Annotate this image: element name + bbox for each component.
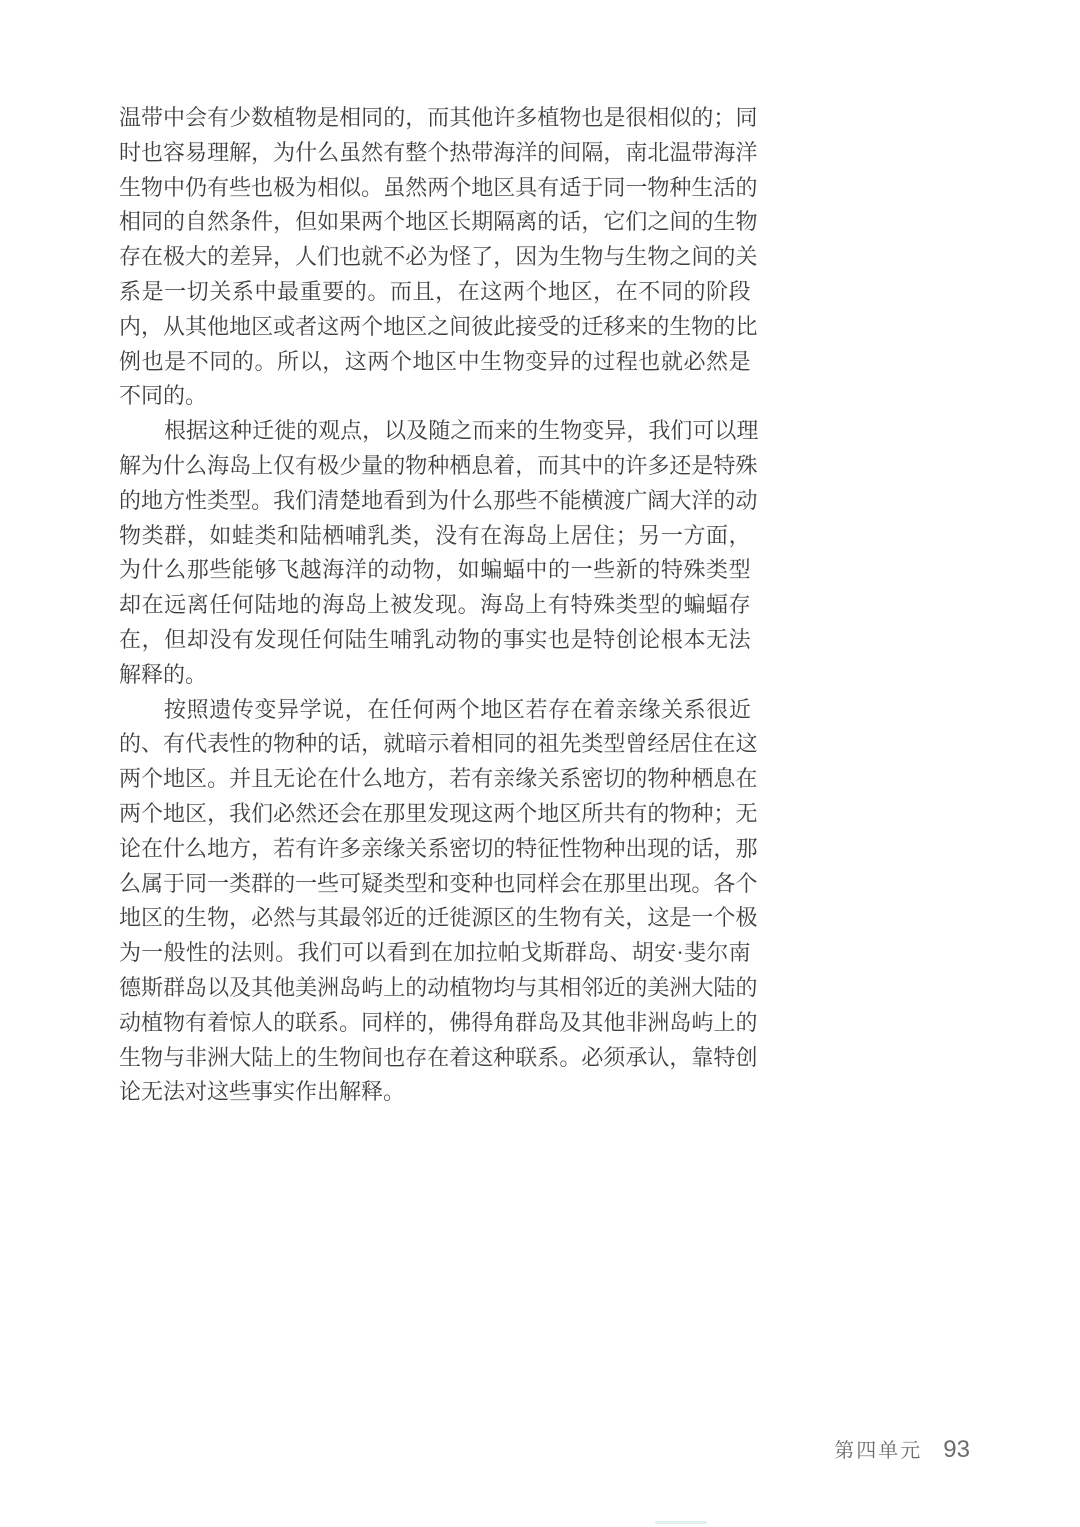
- text-line: 德斯群岛以及其他美洲岛屿上的动植物均与其相邻近的美洲大陆的: [119, 971, 751, 1006]
- text-line: 生物与非洲大陆上的生物间也存在着这种联系。必须承认，靠特创: [119, 1041, 751, 1076]
- text-line: 却在远离任何陆地的海岛上被发现。海岛上有特殊类型的蝙蝠存: [119, 588, 751, 623]
- text-line: 温带中会有少数植物是相同的，而其他许多植物也是很相似的；同: [119, 101, 751, 136]
- text-line: 两个地区。并且无论在什么地方，若有亲缘关系密切的物种栖息在: [119, 762, 751, 797]
- text-line: 两个地区，我们必然还会在那里发现这两个地区所共有的物种；无: [119, 797, 751, 832]
- text-line: 生物中仍有些也极为相似。虽然两个地区具有适于同一物种生活的: [119, 171, 751, 206]
- text-line: 存在极大的差异，人们也就不必为怪了，因为生物与生物之间的关: [119, 240, 751, 275]
- footer-section-label: 第四单元: [834, 1434, 922, 1463]
- text-line: 物类群，如蛙类和陆栖哺乳类，没有在海岛上居住；另一方面，: [119, 519, 751, 554]
- text-line: 在，但却没有发现任何陆生哺乳动物的事实也是特创论根本无法: [119, 623, 751, 658]
- text-line: 相同的自然条件，但如果两个地区长期隔离的话，它们之间的生物: [119, 205, 751, 240]
- text-line: 解为什么海岛上仅有极少量的物种栖息着，而其中的许多还是特殊: [119, 449, 751, 484]
- text-line: 的地方性类型。我们清楚地看到为什么那些不能横渡广阔大洋的动: [119, 484, 751, 519]
- text-line: 解释的。: [119, 658, 751, 693]
- footer-page-number: 93: [943, 1436, 970, 1464]
- text-line: 时也容易理解，为什么虽然有整个热带海洋的间隔，南北温带海洋: [119, 136, 751, 171]
- page-footer: 第四单元 93: [834, 1434, 970, 1464]
- text-line: 按照遗传变异学说，在任何两个地区若存在着亲缘关系很近: [119, 693, 751, 728]
- scanned-book-page: 温带中会有少数植物是相同的，而其他许多植物也是很相似的；同时也容易理解，为什么虽…: [0, 0, 1080, 1527]
- text-line: 论无法对这些事实作出解释。: [119, 1075, 751, 1110]
- text-line: 根据这种迁徙的观点，以及随之而来的生物变异，我们可以理: [119, 414, 751, 449]
- text-line: 论在什么地方，若有许多亲缘关系密切的特征性物种出现的话，那: [119, 832, 751, 867]
- text-line: 例也是不同的。所以，这两个地区中生物变异的过程也就必然是: [119, 345, 751, 380]
- text-line: 系是一切关系中最重要的。而且，在这两个地区，在不同的阶段: [119, 275, 751, 310]
- scan-artifact-line: [655, 1521, 707, 1524]
- text-line: 么属于同一类群的一些可疑类型和变种也同样会在那里出现。各个: [119, 867, 751, 902]
- text-block: 温带中会有少数植物是相同的，而其他许多植物也是很相似的；同时也容易理解，为什么虽…: [119, 101, 751, 1110]
- text-line: 为什么那些能够飞越海洋的动物，如蝙蝠中的一些新的特殊类型: [119, 553, 751, 588]
- text-line: 为一般性的法则。我们可以看到在加拉帕戈斯群岛、胡安·斐尔南: [119, 936, 751, 971]
- text-line: 不同的。: [119, 379, 751, 414]
- text-line: 地区的生物，必然与其最邻近的迁徙源区的生物有关，这是一个极: [119, 901, 751, 936]
- text-line: 的、有代表性的物种的话，就暗示着相同的祖先类型曾经居住在这: [119, 727, 751, 762]
- text-line: 内，从其他地区或者这两个地区之间彼此接受的迁移来的生物的比: [119, 310, 751, 345]
- text-line: 动植物有着惊人的联系。同样的，佛得角群岛及其他非洲岛屿上的: [119, 1006, 751, 1041]
